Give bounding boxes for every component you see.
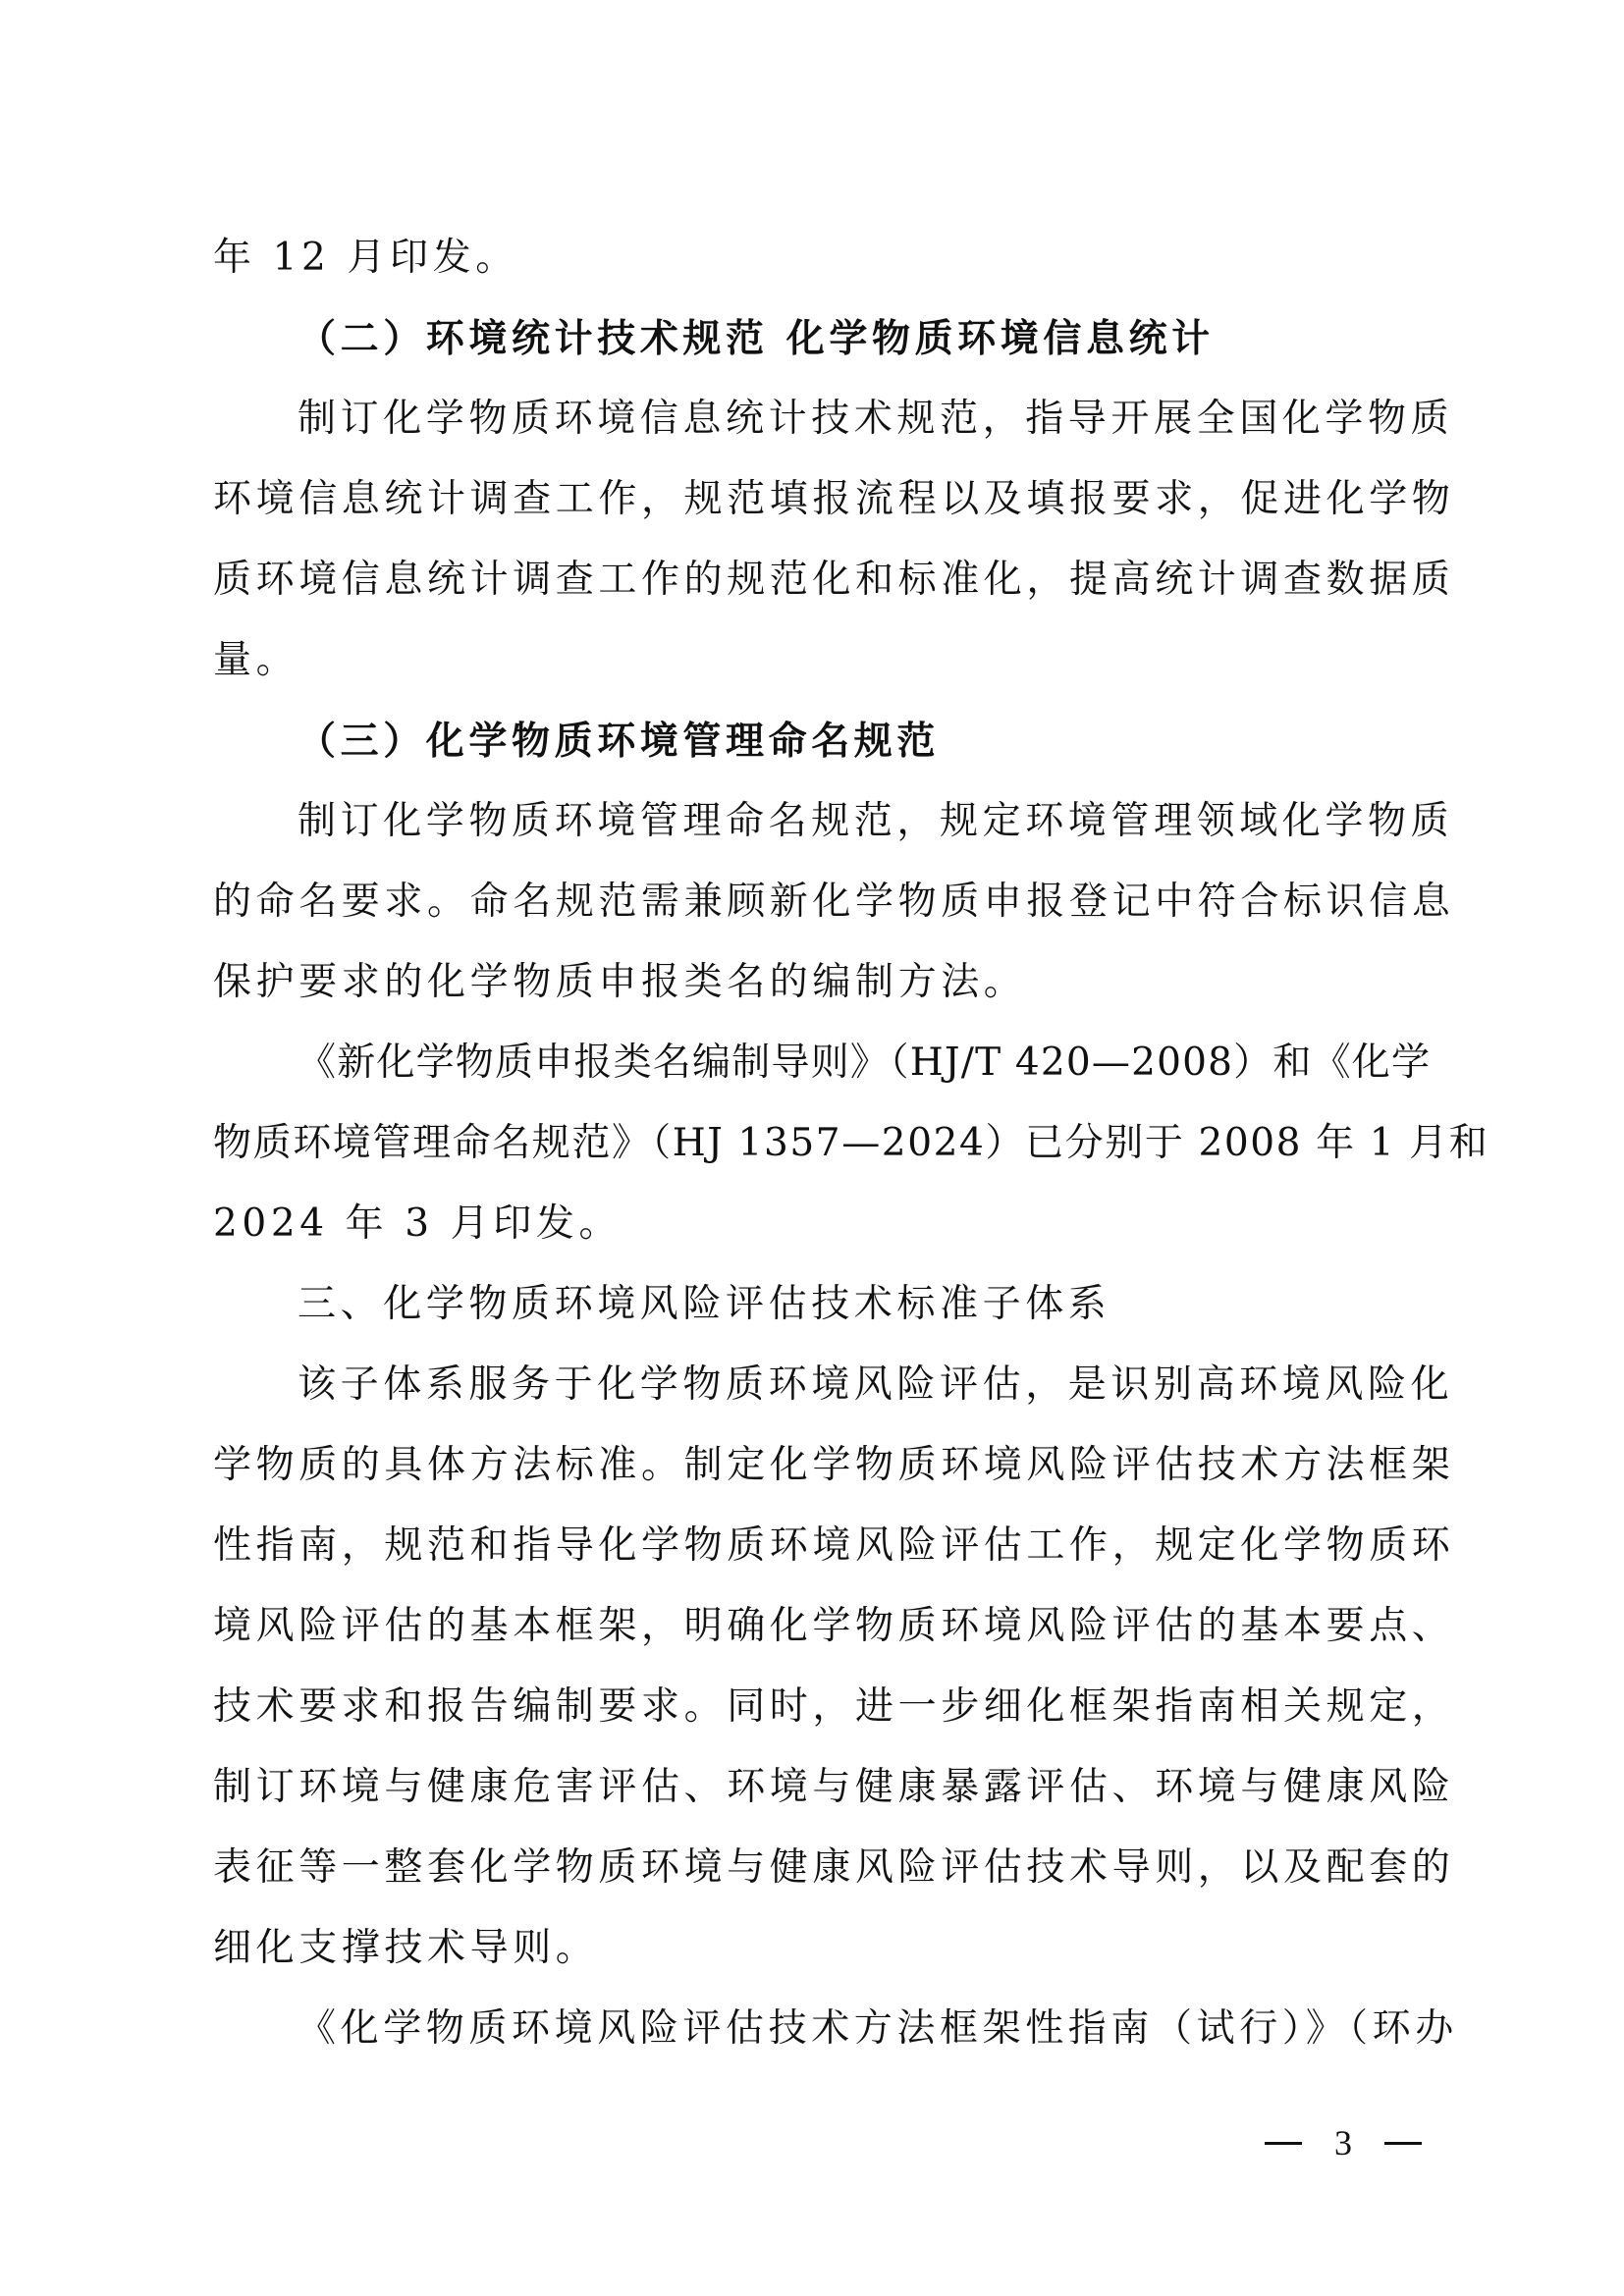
page-number: 3 xyxy=(1265,2120,1422,2165)
body-line: 制订化学物质环境管理命名规范，规定环境管理领域化学物质 xyxy=(298,781,1453,862)
subsection-heading-3: （三）化学物质环境管理命名规范 xyxy=(298,701,940,781)
page-number-dash-left xyxy=(1265,2142,1302,2145)
body-line: 的命名要求。命名规范需兼顾新化学物质申报登记中符合标识信息 xyxy=(213,862,1454,942)
body-line: 境风险评估的基本框架，明确化学物质环境风险评估的基本要点、 xyxy=(213,1586,1454,1667)
subsection-heading-2: （二）环境统计技术规范 化学物质环境信息统计 xyxy=(298,298,1215,379)
section-heading-3: 三、化学物质环境风险评估技术标准子体系 xyxy=(298,1264,1110,1345)
body-line: 《化学物质环境风险评估技术方法框架性指南（试行）》（环办 xyxy=(298,1989,1458,2069)
body-line: 制订环境与健康危害评估、环境与健康暴露评估、环境与健康风险 xyxy=(213,1747,1454,1828)
body-line: 量。 xyxy=(213,620,298,701)
body-line: 该子体系服务于化学物质环境风险评估，是识别高环境风险化 xyxy=(298,1345,1453,1425)
body-line: 保护要求的化学物质申报类名的编制方法。 xyxy=(213,942,1026,1023)
page-number-dash-right xyxy=(1384,2142,1422,2145)
body-line: 细化支撑技术导则。 xyxy=(213,1908,598,1989)
body-line: 2024 年 3 月印发。 xyxy=(213,1184,622,1264)
body-line: 年 12 月印发。 xyxy=(213,218,518,298)
body-line: 学物质的具体方法标准。制定化学物质环境风险评估技术方法框架 xyxy=(213,1425,1454,1506)
document-page: 年 12 月印发。 （二）环境统计技术规范 化学物质环境信息统计 制订化学物质环… xyxy=(0,0,1624,2296)
body-line: 质环境信息统计调查工作的规范化和标准化，提高统计调查数据质 xyxy=(213,540,1454,620)
body-line: 制订化学物质环境信息统计技术规范，指导开展全国化学物质 xyxy=(298,379,1453,459)
body-line: 技术要求和报告编制要求。同时，进一步细化框架指南相关规定， xyxy=(213,1667,1454,1747)
body-line: 性指南，规范和指导化学物质环境风险评估工作，规定化学物质环 xyxy=(213,1506,1454,1586)
body-line: 表征等一整套化学物质环境与健康风险评估技术导则，以及配套的 xyxy=(213,1828,1454,1908)
page-number-value: 3 xyxy=(1334,2120,1352,2165)
body-line: 物质环境管理命名规范》（HJ 1357—2024）已分别于 2008 年 1 月… xyxy=(213,1103,1489,1184)
body-line: 《新化学物质申报类名编制导则》（HJ/T 420—2008）和《化学 xyxy=(298,1023,1431,1103)
body-line: 环境信息统计调查工作，规范填报流程以及填报要求，促进化学物 xyxy=(213,459,1454,540)
